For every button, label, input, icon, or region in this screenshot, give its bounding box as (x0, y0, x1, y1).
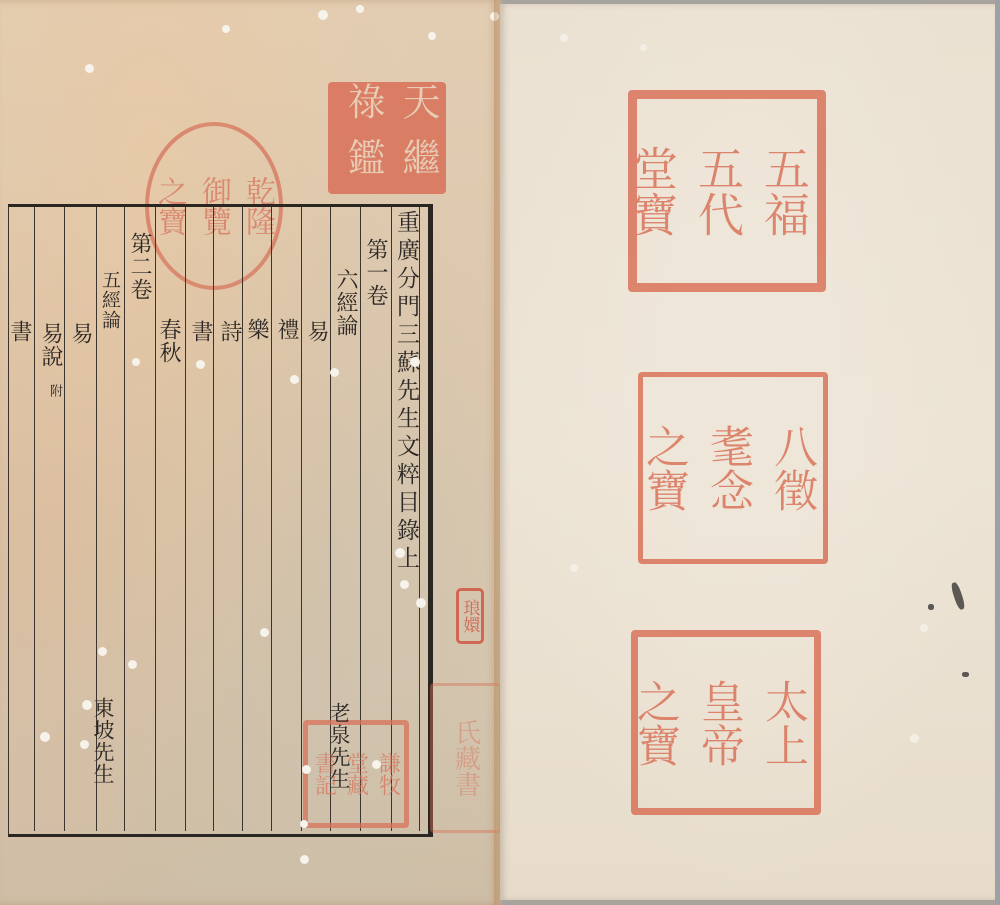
seal-char: 繼鑑 (336, 138, 446, 194)
section-liujinglun: 六經論 (334, 268, 356, 337)
wormhole (560, 34, 568, 42)
seal-char: 堂寶 (619, 99, 685, 283)
left-page: 天祿 繼鑑 乾隆 御覽 之寶 重廣分門三蘇先生文粹目錄上 第一卷 六經論 易 禮 (0, 0, 500, 905)
wormhole (132, 358, 140, 366)
seal-tianlu-jijian: 天祿 繼鑑 (328, 82, 446, 194)
wormhole (40, 732, 50, 742)
seal-bazheng-maonian: 八徵 耄念 之寶 (638, 372, 828, 564)
seal-char: 八徵 (759, 377, 823, 559)
wormhole (300, 820, 308, 828)
column-rule (155, 207, 156, 831)
seal-wufu-wudaitang: 五福 五代 堂寶 (628, 90, 826, 292)
wormhole (428, 32, 436, 40)
column-rule (419, 207, 420, 831)
column-rule (213, 207, 214, 831)
wormhole (318, 10, 328, 20)
toc-item-shu: 書 (189, 320, 211, 343)
volume-1-heading: 第一卷 (364, 238, 386, 307)
seal-char: 之寶 (622, 637, 686, 808)
seal-char: 五代 (685, 99, 751, 283)
ink-speck (928, 604, 934, 610)
seal-char: 五福 (751, 99, 817, 283)
book-title-column: 重廣分門三蘇先生文粹目錄上 (394, 210, 417, 574)
wormhole (490, 12, 499, 21)
wormhole (400, 580, 409, 589)
ink-speck (950, 581, 966, 610)
wormhole (395, 548, 405, 558)
wormhole (302, 765, 311, 774)
seal-qianmutang: 謙牧 堂藏 書記 (303, 720, 409, 828)
wormhole (372, 760, 381, 769)
column-rule (242, 207, 243, 831)
toc-item-yi: 易 (305, 320, 327, 343)
wormhole (920, 624, 928, 632)
wormhole (196, 360, 205, 369)
column-rule (185, 207, 186, 831)
wormhole (98, 647, 107, 656)
wormhole (416, 598, 426, 608)
column-rule (64, 207, 65, 831)
right-page: 五福 五代 堂寶 八徵 耄念 之寶 太上 皇帝 之寶 (500, 4, 995, 900)
seal-faint-cangshu: 氏藏書 (430, 683, 502, 833)
wormhole (330, 368, 339, 377)
author-dongpo: 東坡先生 (92, 697, 113, 785)
wormhole (80, 740, 89, 749)
seal-char: 天祿 (336, 82, 446, 138)
wormhole (410, 357, 420, 367)
column-rule (34, 207, 35, 831)
toc-item2-yi: 易 (69, 322, 91, 345)
page-edge (995, 0, 1000, 905)
wormhole (128, 660, 137, 669)
wormhole (356, 5, 364, 13)
wormhole (910, 734, 919, 743)
wormhole (222, 25, 230, 33)
seal-taishang-huangdi: 太上 皇帝 之寶 (631, 630, 821, 815)
column-rule (271, 207, 272, 831)
toc-item-li: 禮 (275, 318, 297, 341)
seal-langhuan: 琅嬛 (456, 588, 484, 644)
toc-item2-fu-annotation: 附 (48, 384, 61, 398)
seal-char: 耄念 (695, 377, 759, 559)
seal-char: 之寶 (631, 377, 695, 559)
book-spread: 天祿 繼鑑 乾隆 御覽 之寶 重廣分門三蘇先生文粹目錄上 第一卷 六經論 易 禮 (0, 0, 1000, 905)
section-wujinglun: 五經論 (100, 270, 119, 330)
ink-speck (962, 672, 969, 677)
toc-item2-shu: 書 (8, 320, 30, 343)
volume-2-heading: 第二卷 (128, 232, 150, 301)
toc-item-chunqiu: 春秋 (157, 318, 179, 364)
wormhole (85, 64, 94, 73)
toc-item2-yishuo: 易說 (39, 322, 61, 368)
seal-char: 謙牧 (372, 725, 404, 823)
seal-char: 氏藏書 (433, 686, 499, 830)
wormhole (570, 564, 578, 572)
wormhole (260, 628, 269, 637)
toc-item-shi: 詩 (218, 320, 240, 343)
wormhole (640, 44, 647, 51)
wormhole (290, 375, 299, 384)
column-rule (124, 207, 125, 831)
seal-char: 皇帝 (686, 637, 750, 808)
seal-char: 太上 (750, 637, 814, 808)
toc-item-yue: 樂 (245, 318, 267, 341)
wormhole (82, 700, 92, 710)
author-laoquan: 老泉先生 (328, 702, 349, 790)
wormhole (300, 855, 309, 864)
